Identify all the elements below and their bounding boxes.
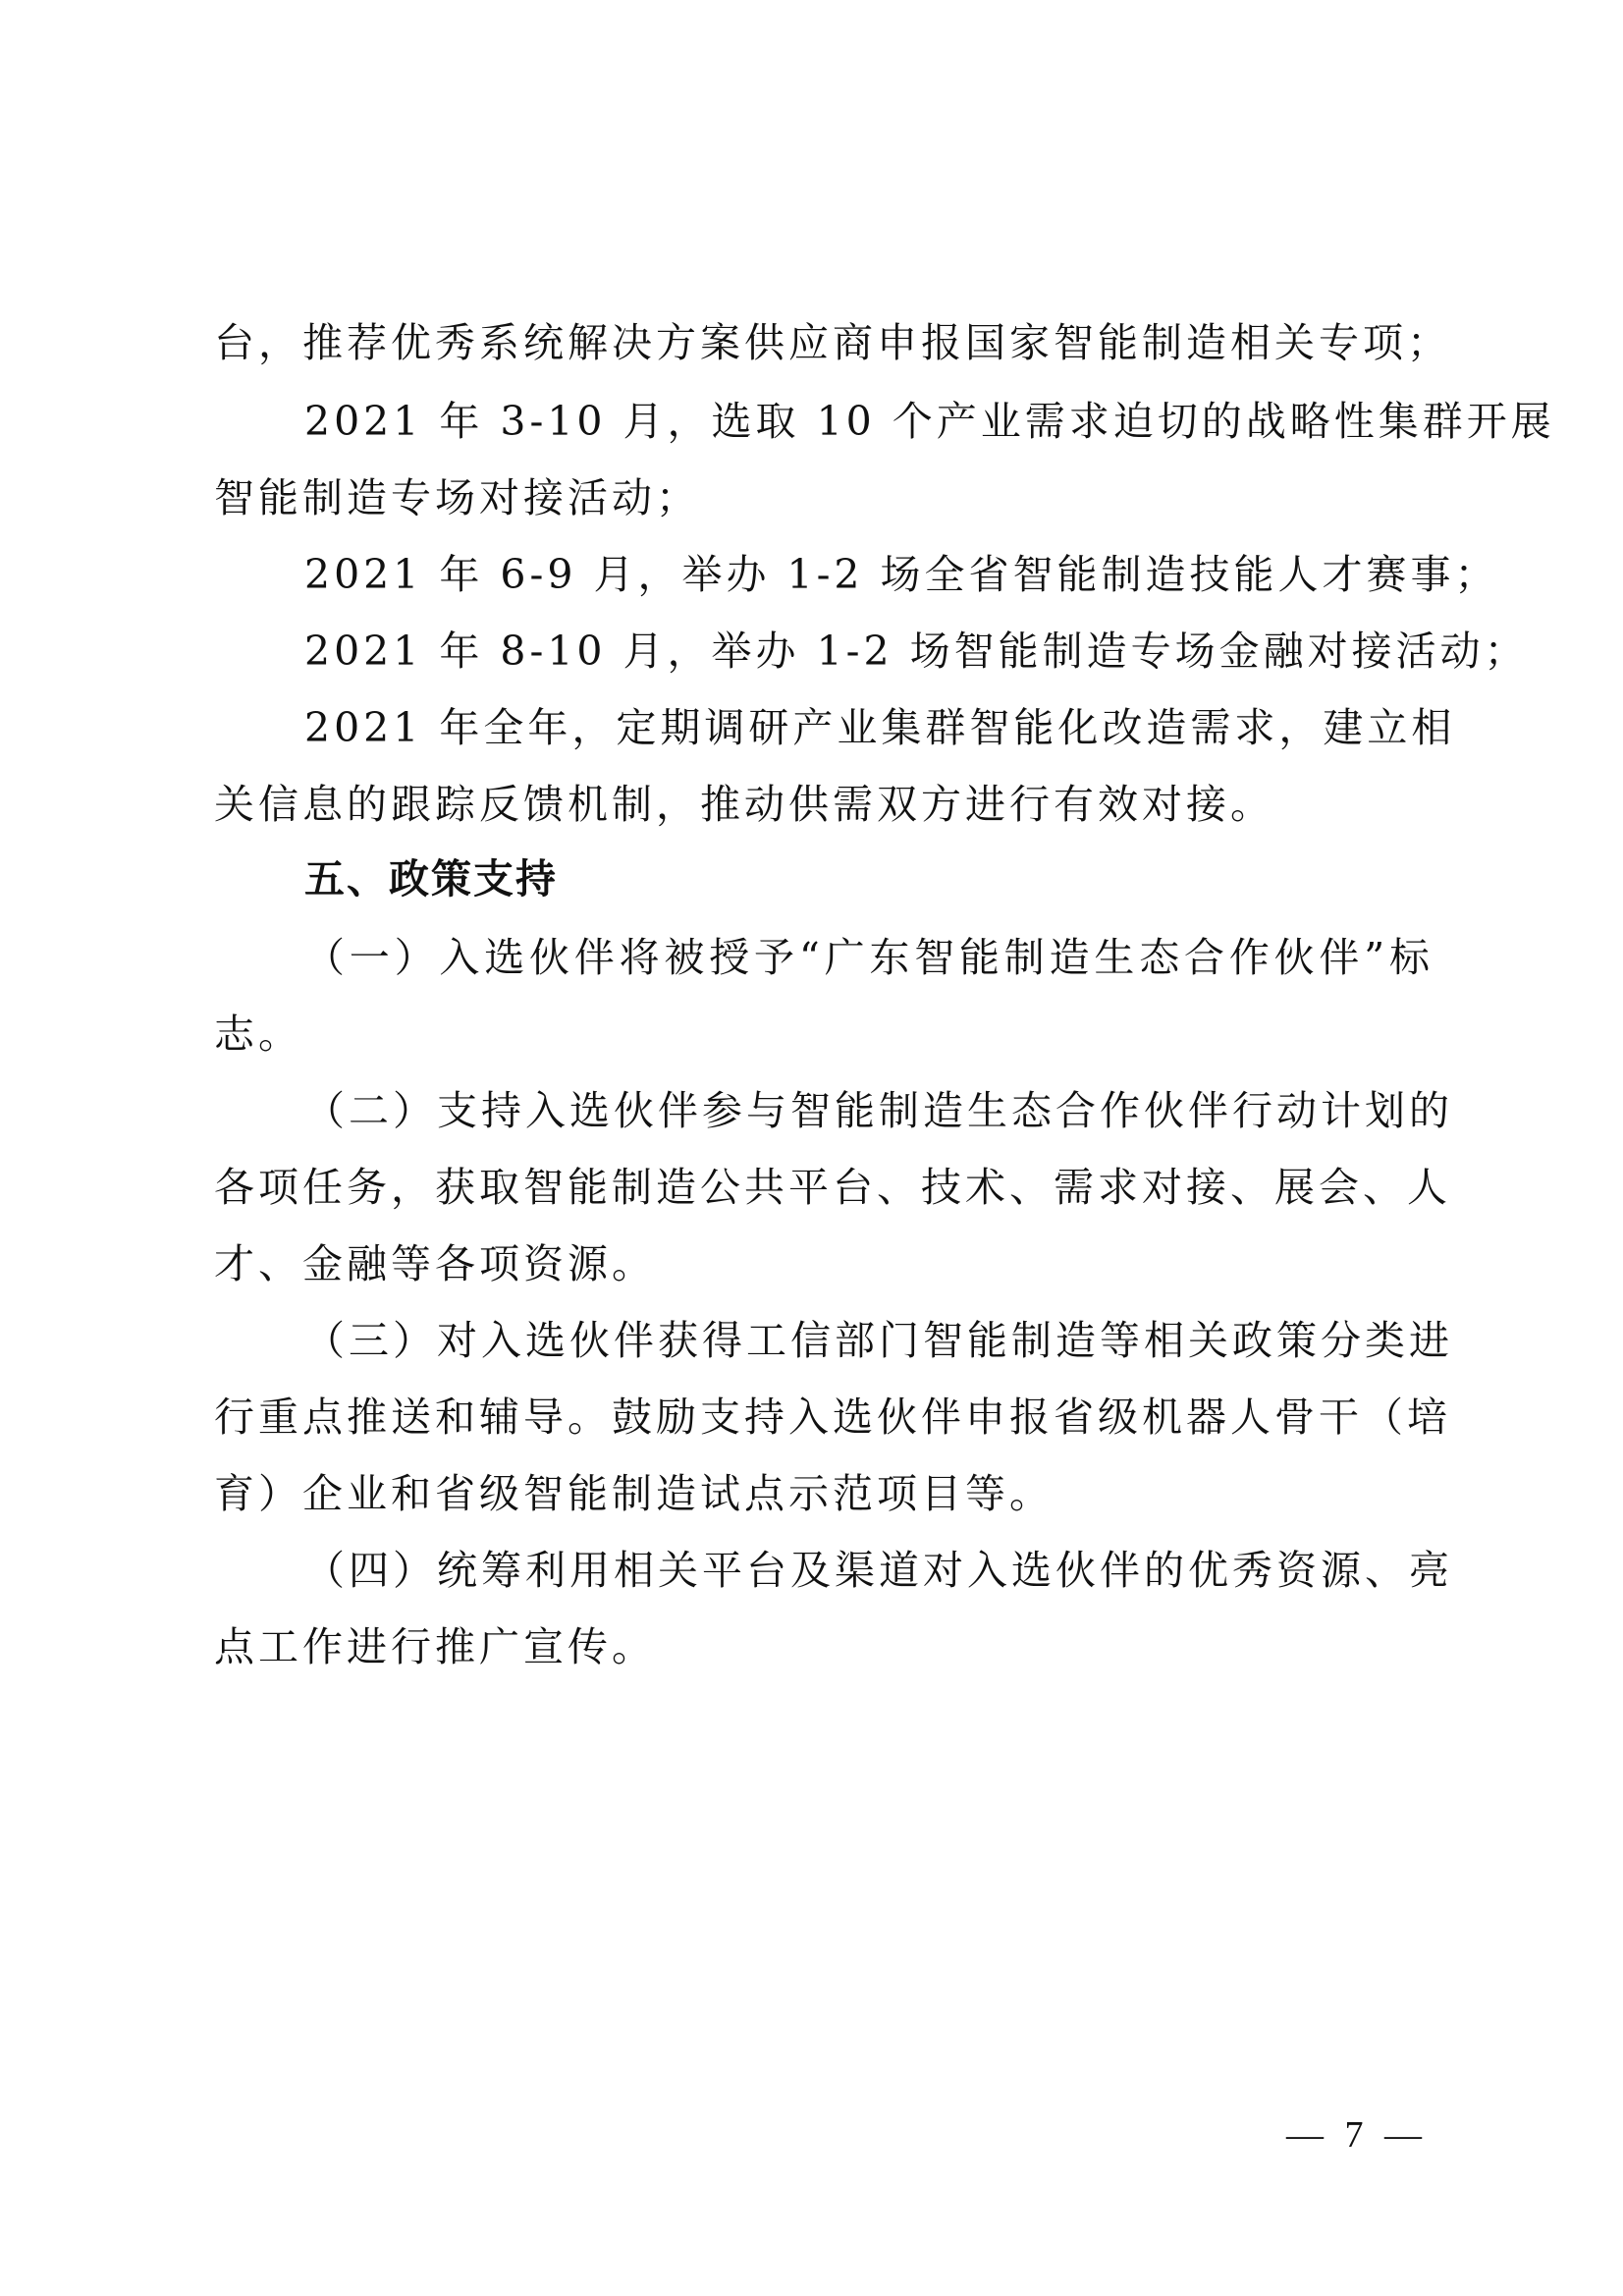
paragraph-line: 各项任务，获取智能制造公共平台、技术、需求对接、展会、人 [214,1159,1432,1216]
paragraph-line: 点工作进行推广宣传。 [214,1618,1432,1675]
paragraph-line: 行重点推送和辅导。鼓励支持入选伙伴申报省级机器人骨干（培 [214,1389,1432,1446]
paragraph-line: （四）统筹利用相关平台及渠道对入选伙伴的优秀资源、亮 [304,1542,1434,1599]
paragraph-line: 2021 年全年，定期调研产业集群智能化改造需求，建立相 [304,699,1434,756]
paragraph-line: （二）支持入选伙伴参与智能制造生态合作伙伴行动计划的 [304,1082,1434,1139]
paragraph-line: （三）对入选伙伴获得工信部门智能制造等相关政策分类进 [304,1312,1434,1369]
paragraph-line: 关信息的跟踪反馈机制，推动供需双方进行有效对接。 [214,776,1432,833]
paragraph-line: 智能制造专场对接活动； [214,469,1432,526]
paragraph-line: 志。 [214,1006,1432,1063]
paragraph-line: 2021 年 3-10 月，选取 10 个产业需求迫切的战略性集群开展 [304,393,1434,450]
paragraph-line: 才、金融等各项资源。 [214,1235,1432,1292]
paragraph-line: 2021 年 8-10 月，举办 1-2 场智能制造专场金融对接活动； [304,623,1434,680]
paragraph-line: 2021 年 6-9 月，举办 1-2 场全省智能制造技能人才赛事； [304,546,1434,603]
paragraph-line: （一）入选伙伴将被授予“广东智能制造生态合作伙伴”标 [304,929,1434,986]
section-heading: 五、政策支持 [304,850,1434,907]
document-page: 台，推荐优秀系统解决方案供应商申报国家智能制造相关专项； 2021 年 3-10… [0,0,1623,2296]
page-number: — 7 — [1286,2113,1428,2157]
paragraph-line: 育）企业和省级智能制造试点示范项目等。 [214,1465,1432,1522]
paragraph-line: 台，推荐优秀系统解决方案供应商申报国家智能制造相关专项； [214,314,1432,371]
